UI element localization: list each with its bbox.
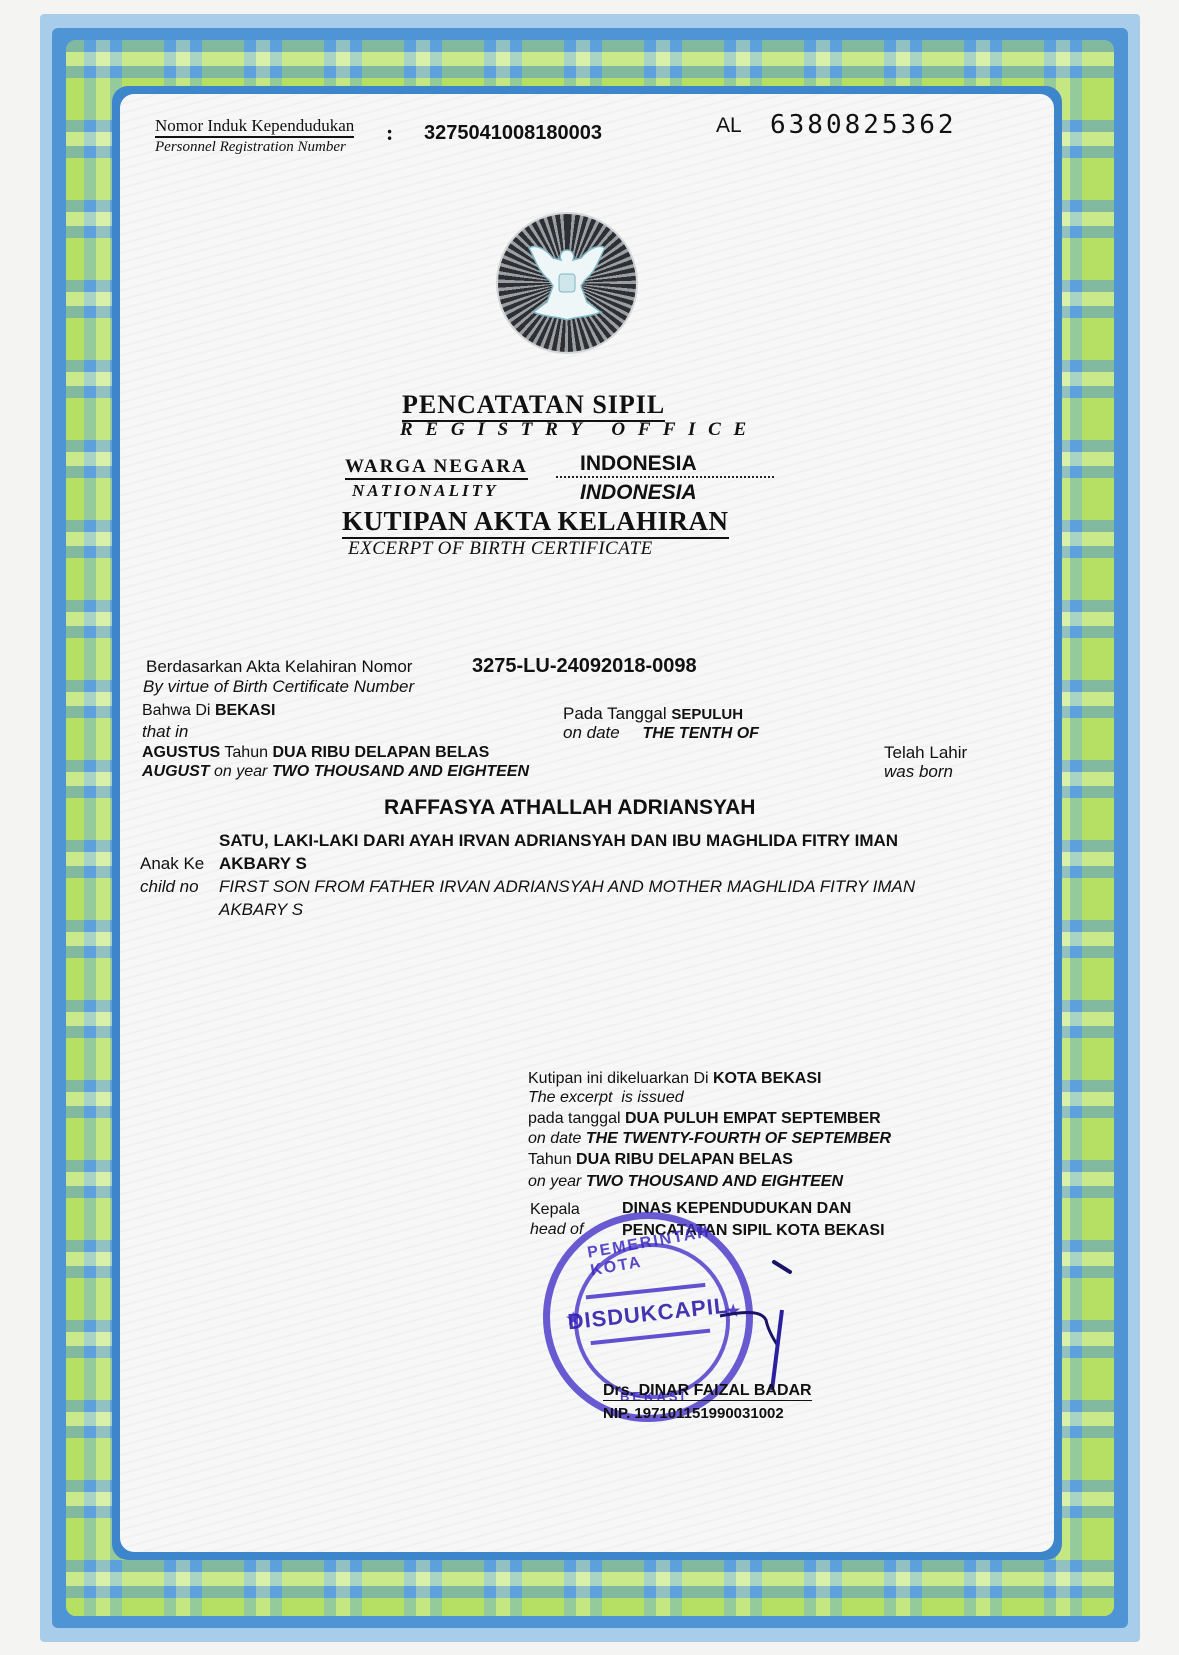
birth-year-row: AGUSTUS Tahun DUA RIBU DELAPAN BELAS	[142, 744, 489, 762]
head-label: Kepala	[530, 1201, 580, 1219]
issue-year-label-en: on year	[528, 1173, 581, 1190]
issue-date-value: DUA PULUH EMPAT SEPTEMBER	[625, 1110, 881, 1127]
birth-date-value-en: THE TENTH OF	[642, 725, 758, 742]
child-description-line2: AKBARY S	[219, 854, 307, 874]
birth-place-label: Bahwa Di	[142, 702, 210, 719]
signature-mark	[700, 1250, 820, 1390]
child-number-label-en: child no	[140, 877, 199, 897]
child-number-label: Anak Ke	[140, 854, 204, 874]
serial-number: 6380825362	[770, 110, 957, 140]
birth-place-label-en: that in	[142, 722, 188, 742]
issue-year-label: Tahun	[528, 1151, 572, 1168]
cert-number-value: 3275-LU-24092018-0098	[472, 655, 697, 678]
issue-date-row-en: on date THE TWENTY-FOURTH OF SEPTEMBER	[528, 1130, 891, 1148]
child-description-line1: SATU, LAKI-LAKI DARI AYAH IRVAN ADRIANSY…	[219, 831, 898, 851]
birth-date-row-en: on date THE TENTH OF	[563, 723, 759, 743]
cert-number-label-en: By virtue of Birth Certificate Number	[143, 677, 414, 697]
issue-year-row-en: on year TWO THOUSAND AND EIGHTEEN	[528, 1173, 843, 1191]
nik-value: 3275041008180003	[424, 122, 602, 145]
nik-colon: :	[386, 120, 393, 146]
issued-place: KOTA BEKASI	[713, 1070, 821, 1087]
birth-date-label: Pada Tanggal	[563, 704, 667, 723]
document-title-en: EXCERPT OF BIRTH CERTIFICATE	[348, 538, 653, 560]
document-title: KUTIPAN AKTA KELAHIRAN	[342, 506, 729, 539]
nationality-label: WARGA NEGARA	[345, 456, 528, 480]
child-name: RAFFASYA ATHALLAH ADRIANSYAH	[384, 796, 755, 820]
nationality-dotted-line	[556, 476, 774, 478]
born-label-en: was born	[884, 762, 953, 782]
birth-date-row: Pada Tanggal SEPULUH	[563, 704, 743, 724]
birth-month-value: AGUSTUS	[142, 744, 220, 761]
issue-date-row: pada tanggal DUA PULUH EMPAT SEPTEMBER	[528, 1110, 881, 1128]
issue-date-label: pada tanggal	[528, 1110, 621, 1127]
issue-date-value-en: THE TWENTY-FOURTH OF SEPTEMBER	[586, 1130, 891, 1147]
issue-date-label-en: on date	[528, 1130, 581, 1147]
birth-place-value: BEKASI	[215, 702, 275, 719]
child-description-en-line1: FIRST SON FROM FATHER IRVAN ADRIANSYAH A…	[219, 877, 915, 897]
child-description-en-line2: AKBARY S	[219, 900, 303, 920]
nik-label-en: Personnel Registration Number	[155, 139, 346, 156]
birth-year-value-en: TWO THOUSAND AND EIGHTEEN	[272, 763, 529, 780]
garuda-bird-icon	[527, 240, 607, 328]
head-label-en: head of	[530, 1221, 583, 1239]
born-label: Telah Lahir	[884, 743, 967, 763]
birth-year-value: DUA RIBU DELAPAN BELAS	[272, 744, 489, 761]
cert-number-label: Berdasarkan Akta Kelahiran Nomor	[146, 657, 412, 677]
issue-year-value: DUA RIBU DELAPAN BELAS	[576, 1151, 793, 1168]
registry-office-title: PENCATATAN SIPIL	[402, 390, 665, 422]
garuda-emblem-icon	[498, 214, 636, 352]
birth-date-label-en: on date	[563, 723, 620, 742]
nik-label: Nomor Induk Kependudukan	[155, 116, 354, 138]
birth-year-label-en: on year	[214, 763, 267, 780]
issued-row: Kutipan ini dikeluarkan Di KOTA BEKASI	[528, 1070, 821, 1088]
registry-office-title-en: R E G I S T R Y O F F I C E	[400, 419, 750, 441]
birth-year-label: Tahun	[224, 744, 268, 761]
birth-month-value-en: AUGUST	[142, 763, 210, 780]
nationality-label-en: NATIONALITY	[352, 481, 498, 501]
birth-year-row-en: AUGUST on year TWO THOUSAND AND EIGHTEEN	[142, 763, 529, 781]
stamp-star-left-icon: ★	[566, 1309, 580, 1329]
serial-prefix: AL	[716, 114, 742, 138]
issue-year-row: Tahun DUA RIBU DELAPAN BELAS	[528, 1151, 793, 1169]
official-nip: NIP. 197101151990031002	[603, 1405, 784, 1422]
issue-year-value-en: TWO THOUSAND AND EIGHTEEN	[586, 1173, 843, 1190]
official-name: Drs. DINAR FAIZAL BADAR	[603, 1382, 812, 1401]
issued-label: Kutipan ini dikeluarkan Di	[528, 1070, 709, 1087]
nationality-value: INDONESIA	[580, 452, 697, 476]
birth-place-row: Bahwa Di BEKASI	[142, 702, 275, 720]
birth-date-value: SEPULUH	[671, 706, 743, 723]
nationality-value-en: INDONESIA	[580, 481, 697, 505]
issued-label-en: The excerpt is issued	[528, 1089, 684, 1107]
